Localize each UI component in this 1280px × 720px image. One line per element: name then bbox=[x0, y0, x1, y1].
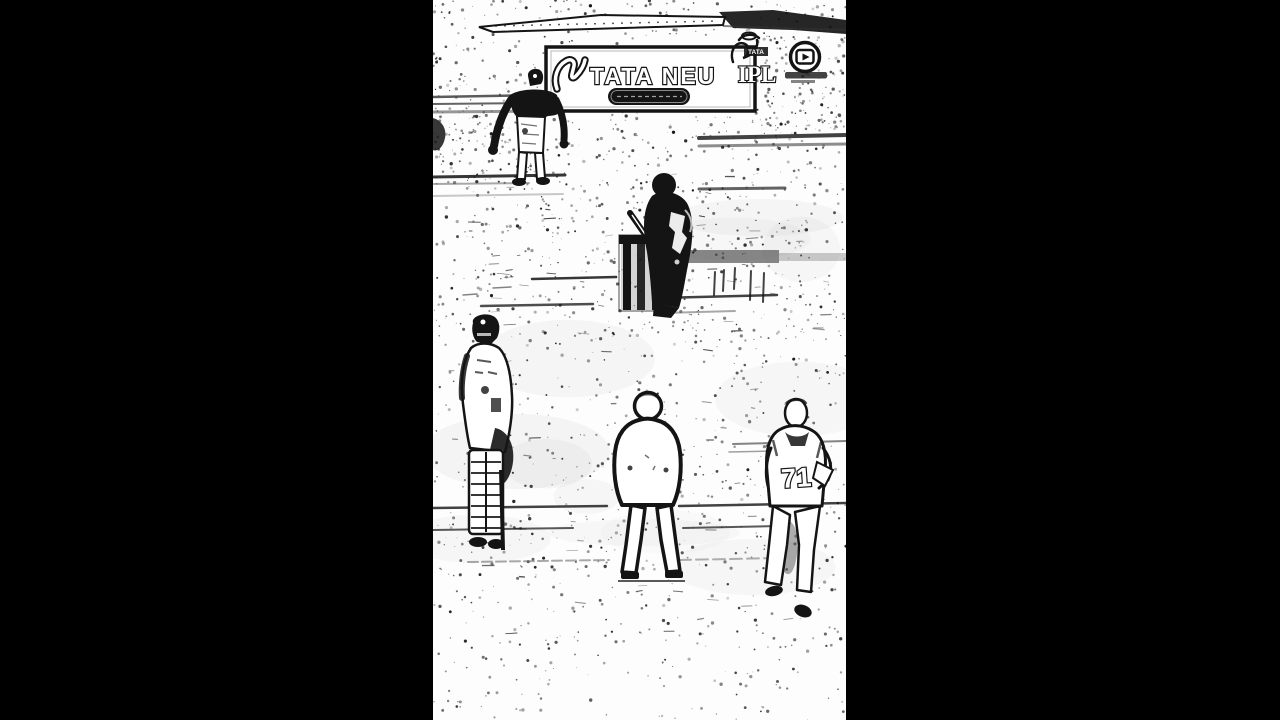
sightscreen-strip bbox=[479, 10, 846, 34]
batting-pads bbox=[469, 450, 503, 534]
watermark-caption-smudge bbox=[785, 72, 827, 79]
bat-icon bbox=[501, 470, 503, 550]
video-frame: TATA NEU TATA IPL bbox=[433, 0, 846, 720]
sponsor-board: TATA NEU bbox=[546, 47, 755, 111]
ipl-top-text: TATA bbox=[748, 49, 764, 56]
tagline-pill bbox=[608, 88, 690, 105]
video-play-badge-icon bbox=[785, 43, 827, 84]
pillarbox-left bbox=[0, 0, 433, 720]
sketch-scene: TATA NEU TATA IPL bbox=[433, 0, 846, 720]
ipl-main-text: IPL bbox=[738, 62, 776, 87]
sponsor-brand-text: TATA NEU bbox=[590, 63, 716, 89]
jersey-number: 71 bbox=[780, 462, 812, 494]
pillarbox-right bbox=[846, 0, 1280, 720]
helmet-icon bbox=[472, 314, 499, 344]
